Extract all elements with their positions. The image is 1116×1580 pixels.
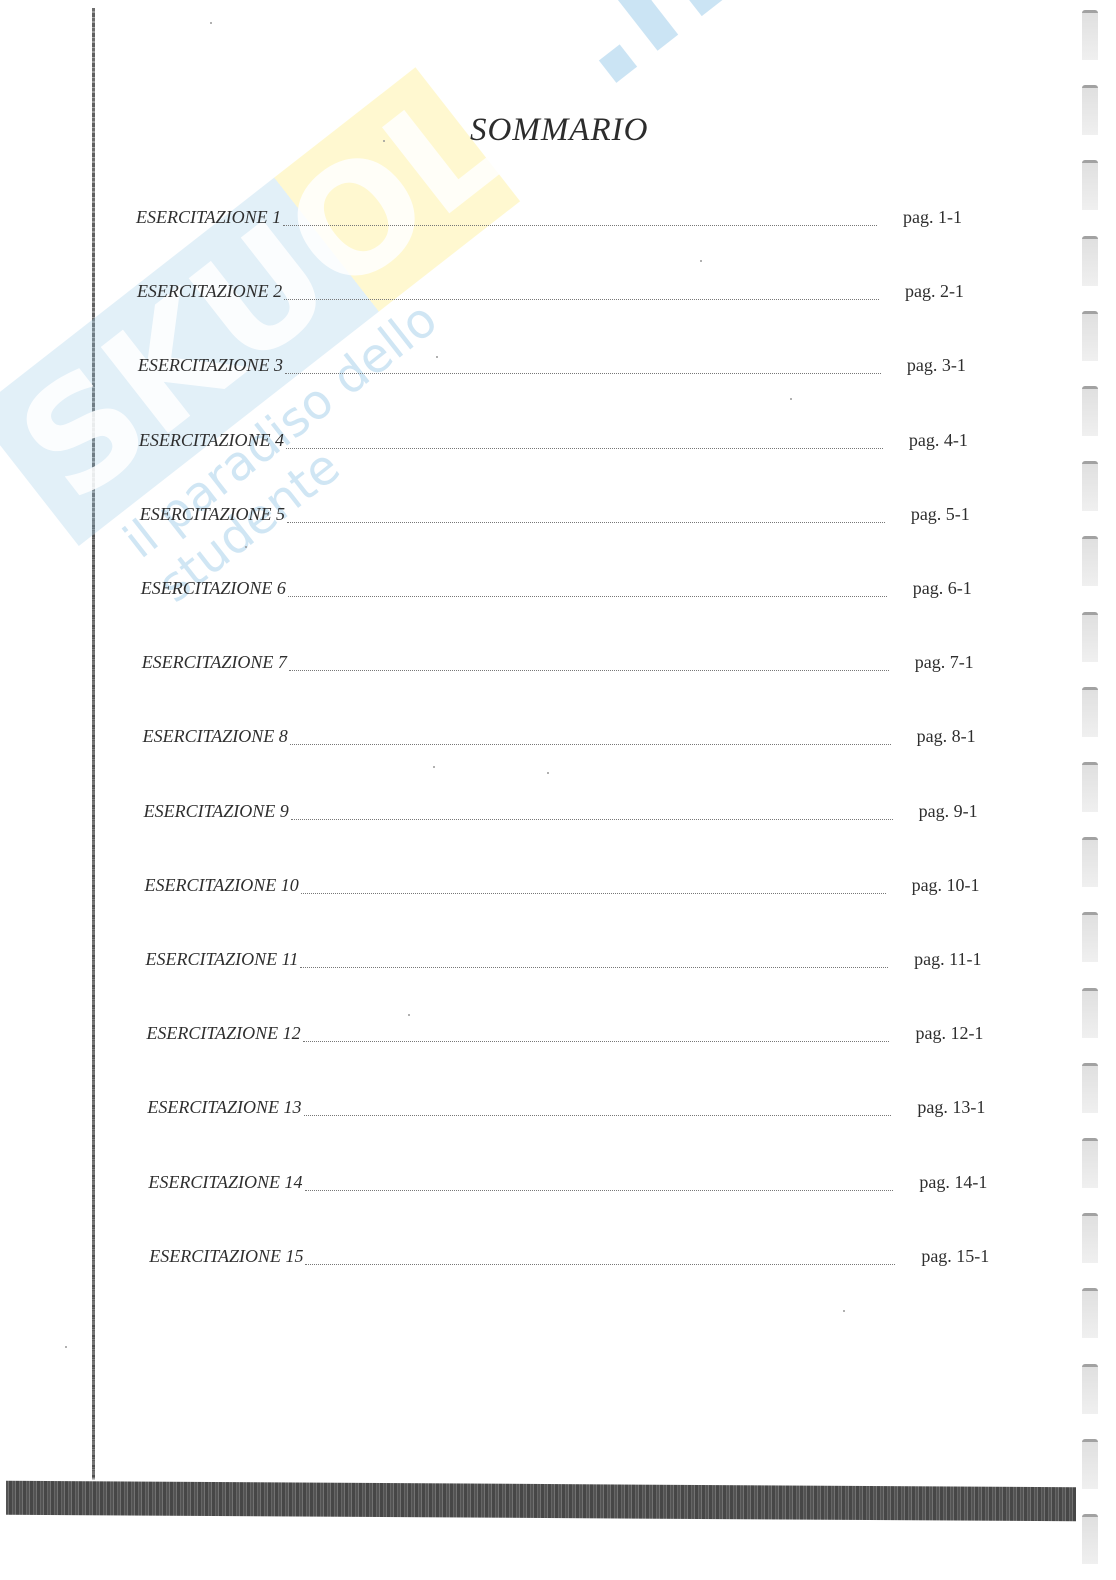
toc-dot-leader bbox=[288, 595, 887, 597]
toc-entry[interactable]: ESERCITAZIONE 14pag. 14-1 bbox=[148, 1172, 987, 1196]
toc-dot-leader bbox=[305, 1263, 895, 1265]
toc-dot-leader bbox=[291, 818, 893, 820]
toc-dot-leader bbox=[287, 521, 885, 523]
binder-tab bbox=[1082, 311, 1098, 361]
toc-entry-page: pag. 5-1 bbox=[911, 504, 970, 525]
toc-entry[interactable]: ESERCITAZIONE 7pag. 7-1 bbox=[142, 652, 974, 676]
toc-entry-page: pag. 9-1 bbox=[919, 801, 978, 822]
toc-entry-page: pag. 3-1 bbox=[907, 355, 966, 376]
binder-tab bbox=[1082, 461, 1098, 511]
toc-dot-leader bbox=[300, 966, 888, 968]
toc-entry-label: ESERCITAZIONE 8 bbox=[143, 726, 288, 747]
binder-tab bbox=[1082, 687, 1098, 737]
toc-entry-label: ESERCITAZIONE 6 bbox=[141, 578, 286, 599]
scan-speck bbox=[547, 772, 549, 774]
toc-entry[interactable]: ESERCITAZIONE 6pag. 6-1 bbox=[141, 578, 972, 602]
toc-dot-leader bbox=[285, 372, 881, 374]
toc-entry-label: ESERCITAZIONE 1 bbox=[136, 207, 281, 228]
scan-speck bbox=[843, 1310, 845, 1312]
toc-entry-label: ESERCITAZIONE 3 bbox=[138, 355, 283, 376]
toc-entry-label: ESERCITAZIONE 13 bbox=[147, 1097, 301, 1118]
binder-tab bbox=[1082, 10, 1098, 60]
scan-speck bbox=[210, 22, 212, 24]
toc-entry[interactable]: ESERCITAZIONE 15pag. 15-1 bbox=[149, 1246, 989, 1270]
toc-dot-leader bbox=[283, 224, 877, 226]
binder-tab bbox=[1082, 837, 1098, 887]
toc-dot-leader bbox=[305, 1189, 894, 1191]
binder-tab bbox=[1082, 1514, 1098, 1564]
toc-dot-leader bbox=[304, 1114, 892, 1116]
table-of-contents: ESERCITAZIONE 1pag. 1-1ESERCITAZIONE 2pa… bbox=[0, 0, 1116, 1580]
toc-entry-page: pag. 6-1 bbox=[913, 578, 972, 599]
scan-speck bbox=[700, 260, 702, 262]
binder-tab bbox=[1082, 1213, 1098, 1263]
toc-entry-page: pag. 7-1 bbox=[915, 652, 974, 673]
binder-tabs bbox=[1082, 0, 1102, 1580]
toc-entry[interactable]: ESERCITAZIONE 3pag. 3-1 bbox=[138, 355, 966, 379]
scan-speck bbox=[408, 1014, 410, 1016]
toc-entry-label: ESERCITAZIONE 7 bbox=[142, 652, 287, 673]
toc-entry[interactable]: ESERCITAZIONE 12pag. 12-1 bbox=[146, 1023, 983, 1047]
binder-tab bbox=[1082, 160, 1098, 210]
toc-entry[interactable]: ESERCITAZIONE 1pag. 1-1 bbox=[136, 207, 962, 231]
scan-speck bbox=[65, 1346, 67, 1348]
toc-entry[interactable]: ESERCITAZIONE 11pag. 11-1 bbox=[146, 949, 982, 973]
toc-entry-label: ESERCITAZIONE 2 bbox=[137, 281, 282, 302]
toc-entry-label: ESERCITAZIONE 10 bbox=[145, 875, 299, 896]
toc-entry-label: ESERCITAZIONE 12 bbox=[146, 1023, 300, 1044]
toc-entry-page: pag. 10-1 bbox=[912, 875, 980, 896]
toc-dot-leader bbox=[303, 1040, 890, 1042]
toc-entry-page: pag. 1-1 bbox=[903, 207, 962, 228]
scan-speck bbox=[433, 766, 435, 768]
binder-tab bbox=[1082, 1288, 1098, 1338]
toc-entry-label: ESERCITAZIONE 5 bbox=[140, 504, 285, 525]
binder-tab bbox=[1082, 612, 1098, 662]
toc-entry-page: pag. 15-1 bbox=[921, 1246, 989, 1267]
binder-tab bbox=[1082, 236, 1098, 286]
scan-speck bbox=[245, 546, 247, 548]
binder-tab bbox=[1082, 1364, 1098, 1414]
toc-entry-label: ESERCITAZIONE 15 bbox=[149, 1246, 303, 1267]
toc-entry-page: pag. 11-1 bbox=[914, 949, 981, 970]
binder-tab bbox=[1082, 1063, 1098, 1113]
toc-entry-page: pag. 14-1 bbox=[919, 1172, 987, 1193]
toc-entry-page: pag. 2-1 bbox=[905, 281, 964, 302]
toc-dot-leader bbox=[286, 447, 883, 449]
binder-tab bbox=[1082, 386, 1098, 436]
toc-entry-label: ESERCITAZIONE 14 bbox=[148, 1172, 302, 1193]
toc-entry-page: pag. 12-1 bbox=[915, 1023, 983, 1044]
toc-dot-leader bbox=[284, 298, 879, 300]
toc-entry[interactable]: ESERCITAZIONE 9pag. 9-1 bbox=[144, 801, 978, 825]
toc-dot-leader bbox=[301, 892, 886, 894]
binder-tab bbox=[1082, 988, 1098, 1038]
toc-dot-leader bbox=[290, 743, 891, 745]
toc-dot-leader bbox=[289, 669, 889, 671]
toc-entry[interactable]: ESERCITAZIONE 8pag. 8-1 bbox=[143, 726, 976, 750]
toc-entry[interactable]: ESERCITAZIONE 13pag. 13-1 bbox=[147, 1097, 985, 1121]
toc-entry[interactable]: ESERCITAZIONE 10pag. 10-1 bbox=[145, 875, 980, 899]
toc-entry-page: pag. 13-1 bbox=[917, 1097, 985, 1118]
toc-entry[interactable]: ESERCITAZIONE 4pag. 4-1 bbox=[139, 430, 968, 454]
toc-entry-label: ESERCITAZIONE 4 bbox=[139, 430, 284, 451]
binder-tab bbox=[1082, 1138, 1098, 1188]
toc-entry-label: ESERCITAZIONE 9 bbox=[144, 801, 289, 822]
toc-entry-page: pag. 4-1 bbox=[909, 430, 968, 451]
toc-entry[interactable]: ESERCITAZIONE 2pag. 2-1 bbox=[137, 281, 964, 305]
binder-tab bbox=[1082, 912, 1098, 962]
toc-entry[interactable]: ESERCITAZIONE 5pag. 5-1 bbox=[140, 504, 970, 528]
scan-bottom-edge bbox=[6, 1481, 1076, 1522]
toc-entry-page: pag. 8-1 bbox=[917, 726, 976, 747]
scan-speck bbox=[790, 398, 792, 400]
binder-tab bbox=[1082, 85, 1098, 135]
toc-entry-label: ESERCITAZIONE 11 bbox=[146, 949, 299, 970]
binder-tab bbox=[1082, 762, 1098, 812]
scan-speck bbox=[383, 140, 385, 142]
scan-speck bbox=[436, 356, 438, 358]
binder-tab bbox=[1082, 1439, 1098, 1489]
binder-tab bbox=[1082, 536, 1098, 586]
